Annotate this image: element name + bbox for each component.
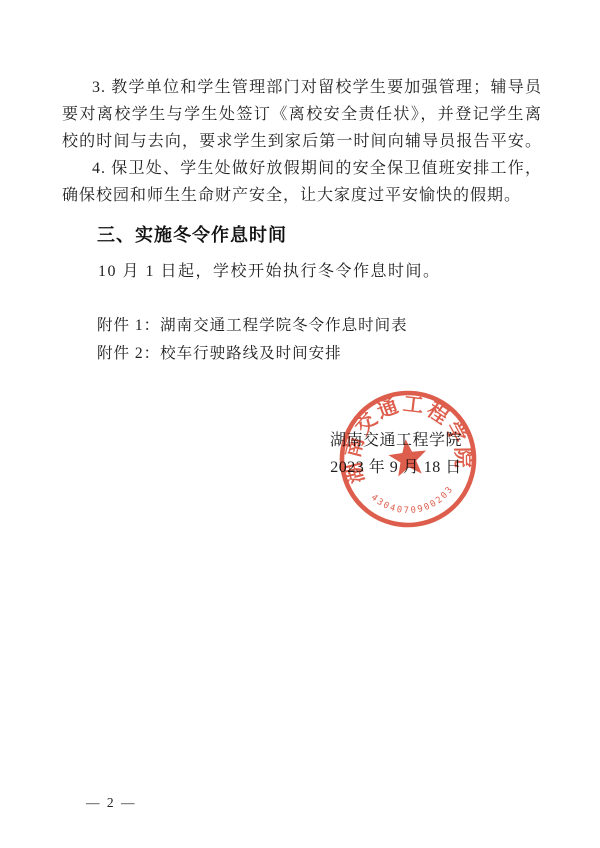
attachment-item: 附件 1：湖南交通工程学院冬令作息时间表 [97,312,408,340]
star-icon [387,437,429,478]
section-heading: 三、实施冬令作息时间 [62,222,542,249]
paragraph-line: 要对离校学生与学生处签订《离校安全责任状》，并登记学生离 [62,101,542,128]
seal-ring-label: 湖南交通工程学院 [336,387,478,486]
winter-schedule-paragraph: 10 月 1 日起，学校开始执行冬令作息时间。 [62,258,542,285]
body-text: 3. 教学单位和学生管理部门对留校学生要加强管理；辅导员 要对离校学生与学生处签… [62,74,542,209]
page-number: — 2 — [86,795,137,811]
paragraph-line: 校的时间与去向，要求学生到家后第一时间向辅导员报告平安。 [62,128,542,155]
attachment-list: 附件 1：湖南交通工程学院冬令作息时间表 附件 2：校车行驶路线及时间安排 [97,312,408,367]
paragraph-line: 3. 教学单位和学生管理部门对留校学生要加强管理；辅导员 [62,74,542,101]
seal-group: 湖南交通工程学院 4304070900203 [336,387,480,531]
attachment-item: 附件 2：校车行驶路线及时间安排 [97,340,408,368]
official-seal: 湖南交通工程学院 4304070900203 [336,387,480,531]
document-page: 3. 教学单位和学生管理部门对留校学生要加强管理；辅导员 要对离校学生与学生处签… [0,0,600,848]
paragraph-line: 确保校园和师生生命财产安全，让大家度过平安愉快的假期。 [62,182,542,209]
paragraph-line: 4. 保卫处、学生处做好放假期间的安全保卫值班安排工作， [62,155,542,182]
